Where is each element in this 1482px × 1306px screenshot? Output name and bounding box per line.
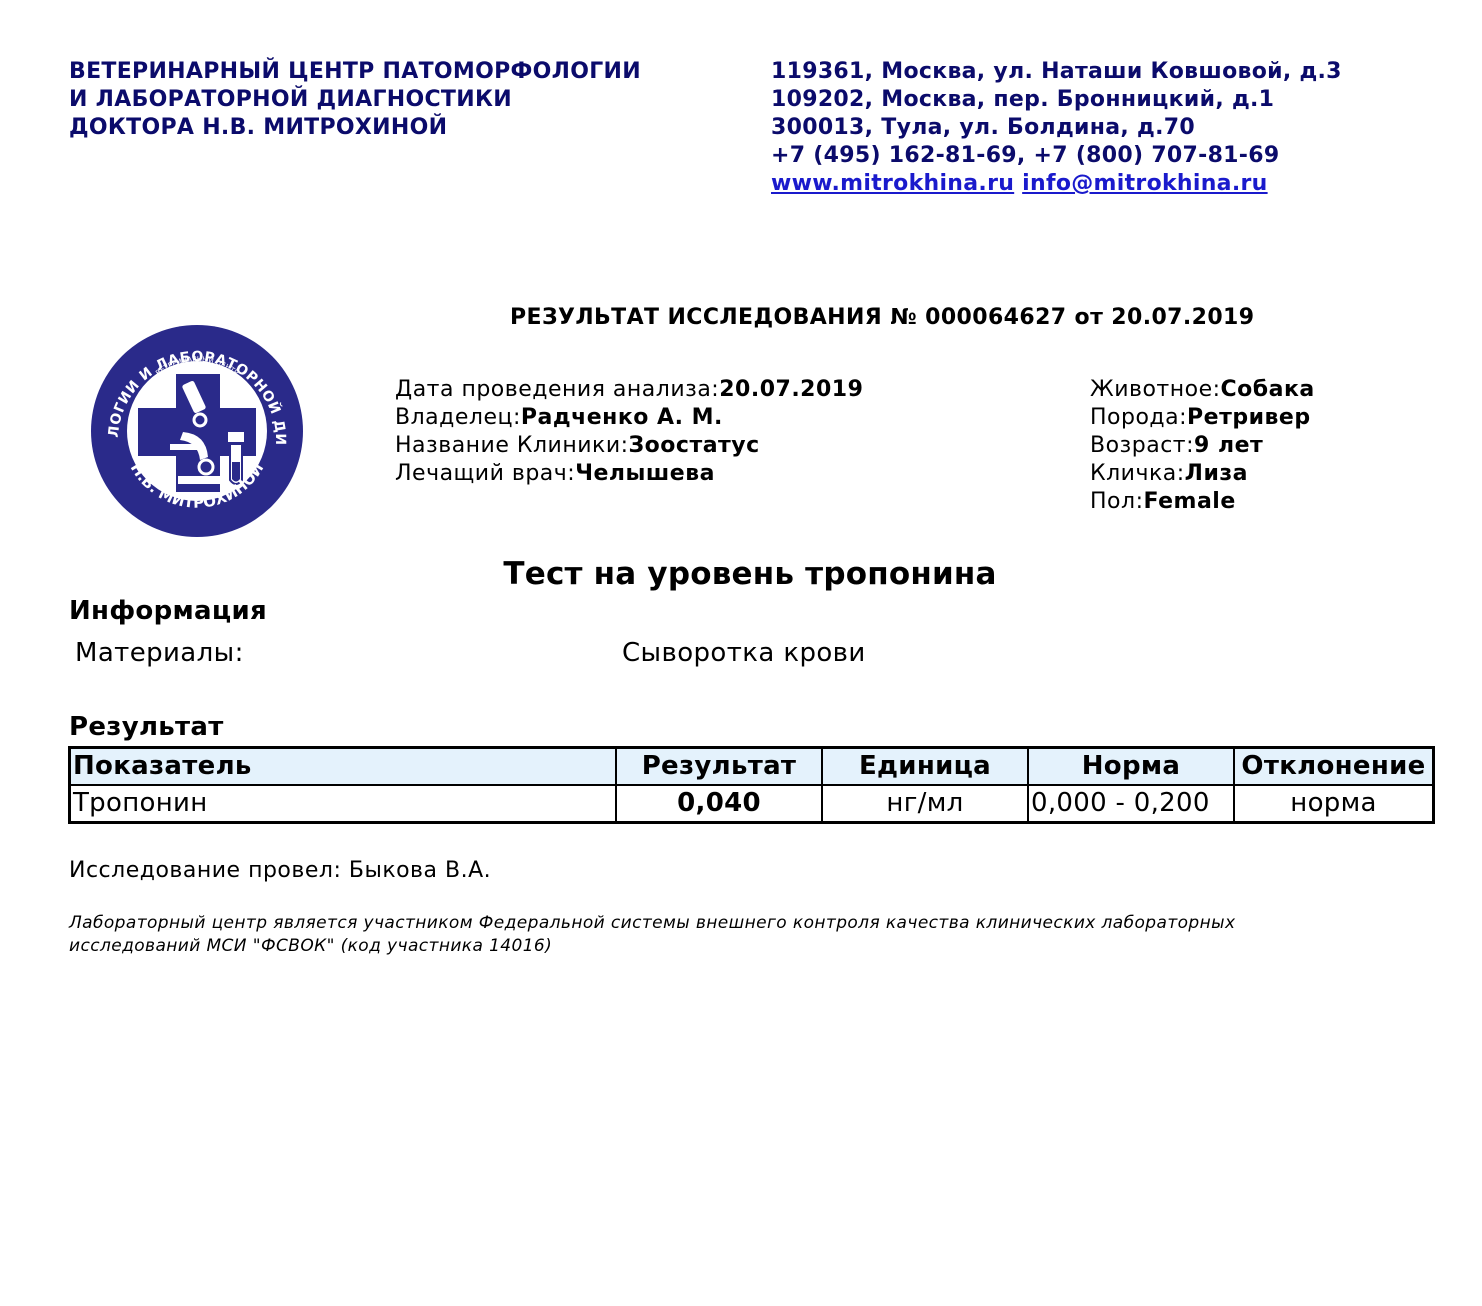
column-header-unit: Единица <box>822 748 1028 786</box>
age-value: 9 лет <box>1194 433 1263 458</box>
age-field: Возраст:9 лет <box>1090 432 1315 460</box>
footnote-line: исследований МСИ "ФСВОК" (код участника … <box>69 935 1235 958</box>
clinic-value: Зоостатус <box>629 433 760 458</box>
report-details-left: Дата проведения анализа:20.07.2019 Владе… <box>395 376 863 488</box>
table-header-row: Показатель Результат Единица Норма Откло… <box>70 748 1434 786</box>
sex-value: Female <box>1143 489 1235 514</box>
website-link[interactable]: www.mitrokhina.ru <box>771 171 1014 196</box>
pet-name-value: Лиза <box>1185 461 1248 486</box>
cell-result: 0,040 <box>616 785 822 823</box>
address-line: 119361, Москва, ул. Наташи Ковшовой, д.3 <box>771 58 1342 86</box>
animal-value: Собака <box>1221 377 1315 402</box>
org-name-line: ДОКТОРА Н.В. МИТРОХИНОЙ <box>69 114 641 142</box>
information-heading: Информация <box>69 596 267 626</box>
email-link[interactable]: info@mitrokhina.ru <box>1022 171 1267 196</box>
results-heading: Результат <box>69 712 224 742</box>
results-table: Показатель Результат Единица Норма Откло… <box>68 746 1435 824</box>
links-line: www.mitrokhina.ru info@mitrokhina.ru <box>771 170 1342 198</box>
column-header-deviation: Отклонение <box>1234 748 1434 786</box>
column-header-result: Результат <box>616 748 822 786</box>
address-line: 300013, Тула, ул. Болдина, д.70 <box>771 114 1342 142</box>
org-name-line: ВЕТЕРИНАРНЫЙ ЦЕНТР ПАТОМОРФОЛОГИИ <box>69 58 641 86</box>
owner-field: Владелец:Радченко А. М. <box>395 404 863 432</box>
column-header-norm: Норма <box>1028 748 1234 786</box>
sex-field: Пол:Female <box>1090 488 1315 516</box>
breed-value: Ретривер <box>1187 405 1311 430</box>
cell-deviation: норма <box>1234 785 1434 823</box>
doctor-value: Челышева <box>575 461 715 486</box>
microscope-cross-logo-icon: ПАТОМОРФОЛОГИИ И ЛАБОРАТОРНОЙ ДИАГНОСТИК… <box>88 322 306 540</box>
pet-name-field: Кличка:Лиза <box>1090 460 1315 488</box>
phone-numbers: +7 (495) 162-81-69, +7 (800) 707-81-69 <box>771 142 1342 170</box>
materials-value: Сыворотка крови <box>622 638 866 668</box>
address-line: 109202, Москва, пер. Бронницкий, д.1 <box>771 86 1342 114</box>
table-row: Тропонин 0,040 нг/мл 0,000 - 0,200 норма <box>70 785 1434 823</box>
clinic-field: Название Клиники:Зоостатус <box>395 432 863 460</box>
footnote-line: Лабораторный центр является участником Ф… <box>69 912 1235 935</box>
breed-field: Порода:Ретривер <box>1090 404 1315 432</box>
org-name-line: И ЛАБОРАТОРНОЙ ДИАГНОСТИКИ <box>69 86 641 114</box>
test-title: Тест на уровень тропонина <box>0 556 1482 592</box>
clinic-logo: ПАТОМОРФОЛОГИИ И ЛАБОРАТОРНОЙ ДИАГНОСТИК… <box>88 322 306 540</box>
analysis-date-field: Дата проведения анализа:20.07.2019 <box>395 376 863 404</box>
materials-label: Материалы: <box>75 638 244 668</box>
contacts-block: 119361, Москва, ул. Наташи Ковшовой, д.3… <box>771 58 1342 198</box>
animal-field: Животное:Собака <box>1090 376 1315 404</box>
cell-norm: 0,000 - 0,200 <box>1028 785 1234 823</box>
report-title: РЕЗУЛЬТАТ ИССЛЕДОВАНИЯ № 000064627 от 20… <box>510 305 1254 330</box>
accreditation-footnote: Лабораторный центр является участником Ф… <box>69 912 1235 958</box>
cell-unit: нг/мл <box>822 785 1028 823</box>
doctor-field: Лечащий врач:Челышева <box>395 460 863 488</box>
cell-indicator: Тропонин <box>70 785 617 823</box>
performed-by: Исследование провел: Быкова В.А. <box>69 858 491 883</box>
owner-value: Радченко А. М. <box>521 405 723 430</box>
column-header-indicator: Показатель <box>70 748 617 786</box>
organization-name: ВЕТЕРИНАРНЫЙ ЦЕНТР ПАТОМОРФОЛОГИИ И ЛАБО… <box>69 58 641 142</box>
report-details-right: Животное:Собака Порода:Ретривер Возраст:… <box>1090 376 1315 516</box>
analysis-date-value: 20.07.2019 <box>719 377 863 402</box>
